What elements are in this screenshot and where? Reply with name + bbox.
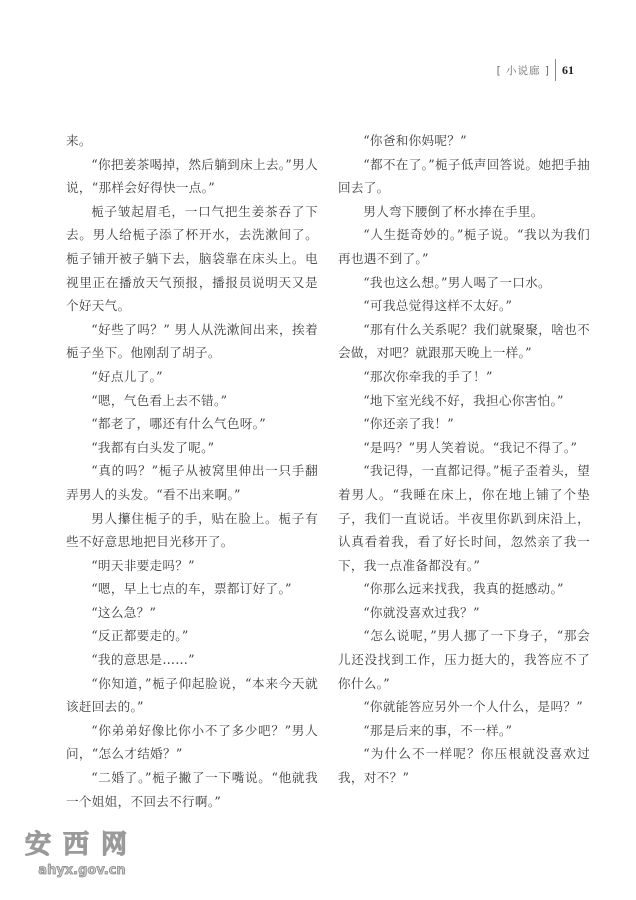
paragraph: “你爸和你妈呢？” [338,129,590,153]
paragraph: 男人攥住栀子的手，贴在脸上。栀子有些不好意思地把目光移开了。 [66,507,318,554]
paragraph: “那次你牵我的手了！” [338,365,590,389]
paragraph: “你弟弟好像比你小不了多少吧？”男人问，“怎么才结婚？” [66,719,318,766]
paragraph: “你那么远来找我，我真的挺感动。” [338,577,590,601]
paragraph: “是吗？”男人笑着说。“我记不得了。” [338,436,590,460]
paragraph: “为什么不一样呢？你压根就没喜欢过我，对不？” [338,742,590,789]
paragraph: “好些了吗？” 男人从洗漱间出来，挨着栀子坐下。他刚刮了胡子。 [66,318,318,365]
paragraph: “我都有白头发了呢。” [66,436,318,460]
paragraph: “嗯，气色看上去不错。” [66,389,318,413]
paragraph: “我的意思是……” [66,648,318,672]
paragraph: “你知道，”栀子仰起脸说，“本来今天就该赶回去的。” [66,672,318,719]
paragraph: “你就能答应另外一个人什么，是吗？” [338,695,590,719]
page-number: 61 [562,63,574,78]
paragraph: 栀子皱起眉毛，一口气把生姜茶吞了下去。男人给栀子添了杯开水，去洗漱间了。栀子铺开… [66,200,318,318]
left-column: 来。 “你把姜茶喝掉，然后躺到床上去。”男人说，“那样会好得快一点。” 栀子皱起… [66,129,318,813]
paragraph: “人生挺奇妙的。”栀子说。“我以为我们再也遇不到了。” [338,223,590,270]
paragraph: “明天非要走吗？” [66,554,318,578]
paragraph: “你还亲了我！” [338,412,590,436]
paragraph: “好点儿了。” [66,365,318,389]
paragraph: “我也这么想。”男人喝了一口水。 [338,271,590,295]
paragraph: 男人弯下腰倒了杯水捧在手里。 [338,200,590,224]
paragraph: “真的吗？”栀子从被窝里伸出一只手翻弄男人的头发。“看不出来啊。” [66,459,318,506]
paragraph: 来。 [66,129,318,153]
paragraph: “怎么说呢，”男人挪了一下身子，“那会儿还没找到工作，压力挺大的，我答应不了你什… [338,624,590,695]
paragraph: “嗯，早上七点的车，票都订好了。” [66,577,318,601]
paragraph: “可我总觉得这样不太好。” [338,294,590,318]
paragraph: “地下室光线不好，我担心你害怕。” [338,389,590,413]
paragraph: “二婚了。”栀子撇了一下嘴说。“他就我一个姐姐，不回去不行啊。” [66,766,318,813]
paragraph: “那是后来的事，不一样。” [338,719,590,743]
running-header: [ 小说廊 ] 61 [497,58,574,82]
paragraph: “都不在了。”栀子低声回答说。她把手抽回去了。 [338,153,590,200]
watermark-url: ahyx.gov.cn [22,863,142,878]
paragraph: “都老了，哪还有什么气色呀。” [66,412,318,436]
watermark-logo-text: 安西网 [22,824,142,861]
paragraph: “那有什么关系呢？我们就聚聚，啥也不会做，对吧？就跟那天晚上一样。” [338,318,590,365]
site-watermark: 安西网 ahyx.gov.cn [22,824,142,878]
paragraph: “你就没喜欢过我？” [338,601,590,625]
section-label: [ 小说廊 ] [497,63,555,78]
paragraph: “这么急？” [66,601,318,625]
header-divider [555,59,556,81]
right-column: “你爸和你妈呢？” “都不在了。”栀子低声回答说。她把手抽回去了。 男人弯下腰倒… [338,129,590,790]
paragraph: “我记得，一直都记得。”栀子歪着头，望着男人。“我睡在床上，你在地上铺了个垫子，… [338,459,590,577]
paragraph: “你把姜茶喝掉，然后躺到床上去。”男人说，“那样会好得快一点。” [66,153,318,200]
paragraph: “反正都要走的。” [66,624,318,648]
